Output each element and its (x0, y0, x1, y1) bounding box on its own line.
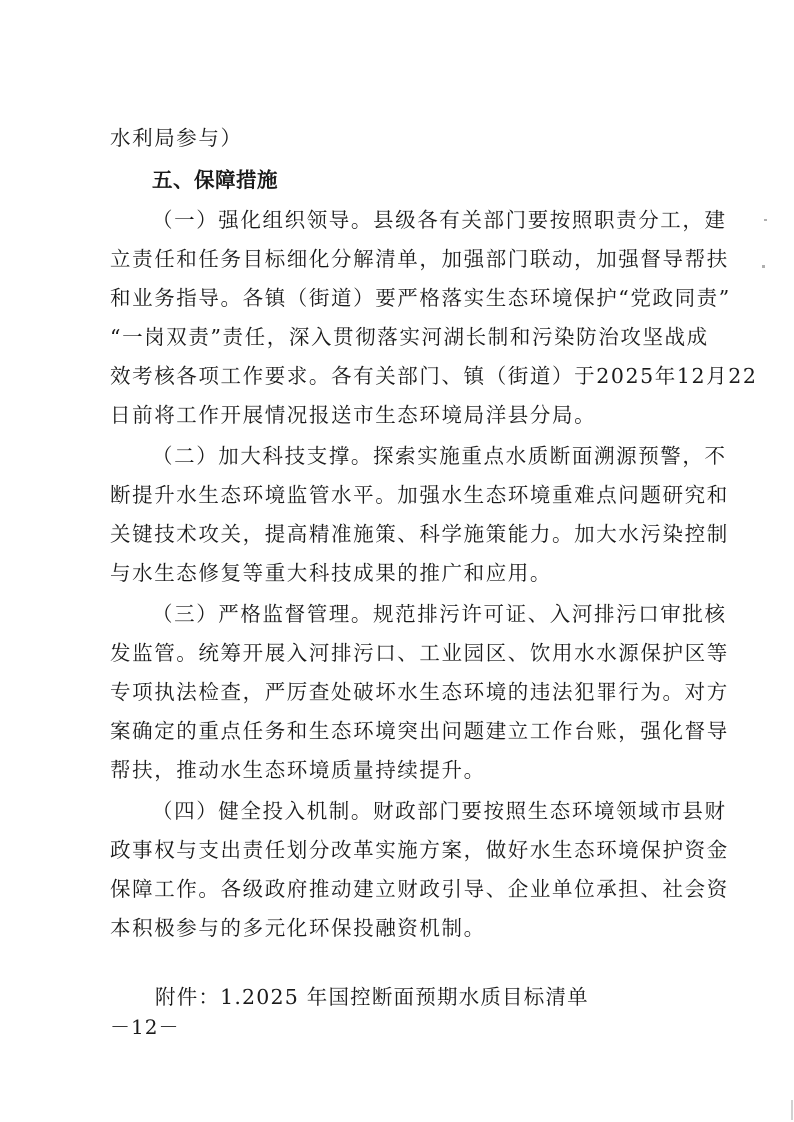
section-heading: 五、保障措施 (152, 166, 278, 194)
paragraph-line: 关键技术攻关，提高精准施策、科学施策能力。加大水污染控制 (110, 520, 729, 548)
paragraph-line: 专项执法检查，严厉查处破坏水生态环境的违法犯罪行为。对方 (110, 678, 729, 706)
scan-artifact (791, 1100, 793, 1120)
paragraph-line: 案确定的重点任务和生态环境突出问题建立工作台账，强化督导 (110, 717, 729, 745)
scan-artifact (764, 219, 767, 221)
paragraph-line: 发监管。统筹开展入河排污口、工业园区、饮用水水源保护区等 (110, 639, 729, 667)
paragraph-line: 与水生态修复等重大科技成果的推广和应用。 (110, 559, 552, 587)
paragraph-line: 立责任和任务目标细化分解清单，加强部门联动，加强督导帮扶 (110, 245, 729, 273)
page-number: －12－ (110, 1014, 179, 1040)
paragraph-line: 断提升水生态环境监管水平。加强水生态环境重难点问题研究和 (110, 481, 729, 509)
paragraph-line: 效考核各项工作要求。各有关部门、镇（街道）于2025年12月22 (110, 362, 758, 390)
document-page: 水利局参与） 五、保障措施 （一）强化组织领导。县级各有关部门要按照职责分工，建… (0, 0, 794, 1122)
paragraph-line: （三）严格监督管理。规范排污许可证、入河排污口审批核 (152, 600, 727, 628)
paragraph-line: （二）加大科技支撑。探索实施重点水质断面溯源预警，不 (152, 442, 727, 470)
paragraph-line: 政事权与支出责任划分改革实施方案，做好水生态环境保护资金 (110, 836, 729, 864)
attachment-line: 附件：1.2025 年国控断面预期水质目标清单 (155, 983, 589, 1011)
paragraph-line: 帮扶，推动水生态环境质量持续提升。 (110, 756, 486, 784)
paragraph-line: 本积极参与的多元化环保投融资机制。 (110, 914, 486, 942)
paragraph-line: 保障工作。各级政府推动建立财政引导、企业单位承担、社会资 (110, 875, 729, 903)
paragraph-line: （四）健全投入机制。财政部门要按照生态环境领域市县财 (152, 797, 727, 825)
paragraph-line: 和业务指导。各镇（街道）要严格落实生态环境保护“党政同责” (110, 284, 731, 312)
paragraph-line: “一岗双责”责任，深入贯彻落实河湖长制和污染防治攻坚战成 (110, 323, 709, 351)
continuation-text: 水利局参与） (110, 124, 243, 152)
scan-artifact (762, 265, 765, 268)
paragraph-line: 日前将工作开展情况报送市生态环境局洋县分局。 (110, 401, 596, 429)
paragraph-line: （一）强化组织领导。县级各有关部门要按照职责分工，建 (152, 206, 727, 234)
